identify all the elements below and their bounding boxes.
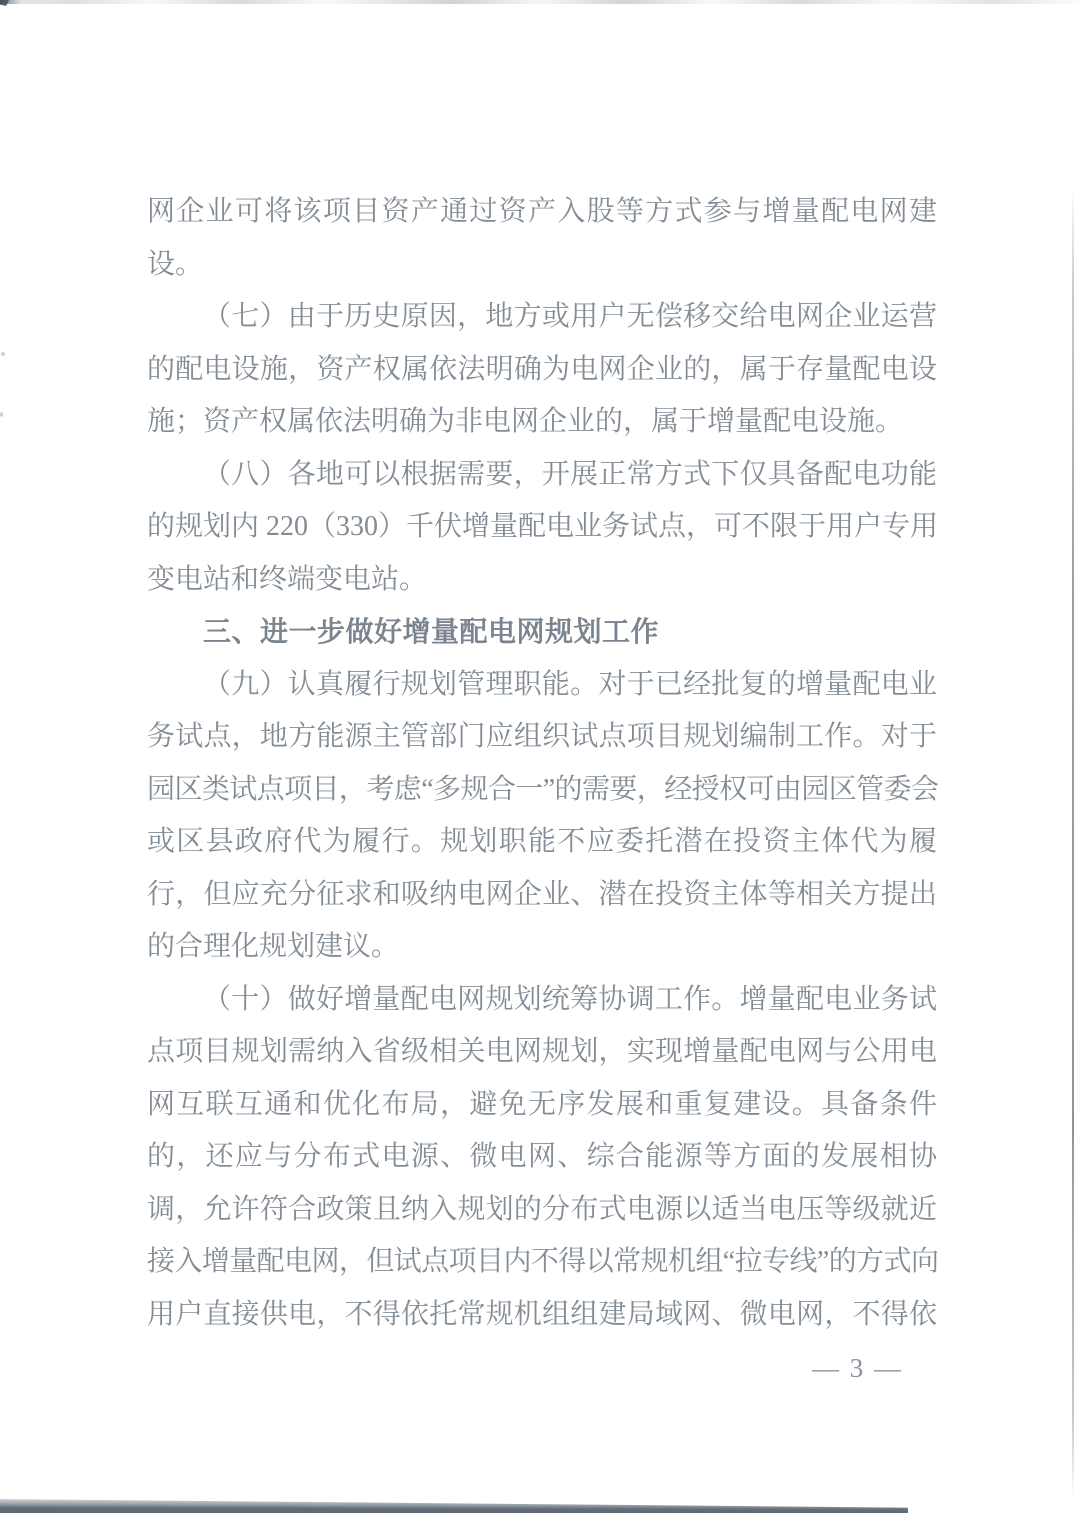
text-line: 接入增量配电网，但试点项目内不得以常规机组“拉专线”的方式向 <box>147 1236 937 1289</box>
text-line: 变电站和终端变电站。 <box>147 554 937 607</box>
scan-artifact-speck <box>0 412 3 417</box>
text-line: （十）做好增量配电网规划统筹协调工作。增量配电业务试 <box>147 974 937 1027</box>
text-line: 施；资产权属依法明确为非电网企业的，属于增量配电设施。 <box>147 396 937 449</box>
text-line: 设。 <box>147 239 937 292</box>
text-line: 的，还应与分布式电源、微电网、综合能源等方面的发展相协 <box>147 1131 937 1184</box>
scan-artifact-page-edge-line <box>1072 185 1074 1500</box>
text-line: 的配电设施，资产权属依法明确为电网企业的，属于存量配电设 <box>147 344 937 397</box>
text-line: （九）认真履行规划管理职能。对于已经批复的增量配电业 <box>147 659 937 712</box>
text-line: 网互联互通和优化布局，避免无序发展和重复建设。具备条件 <box>147 1079 937 1132</box>
page-number: — 3 — <box>147 1342 937 1395</box>
text-line: 点项目规划需纳入省级相关电网规划，实现增量配电网与公用电 <box>147 1026 937 1079</box>
section-heading: 三、进一步做好增量配电网规划工作 <box>147 606 937 659</box>
text-line: （七）由于历史原因，地方或用户无偿移交给电网企业运营 <box>147 291 937 344</box>
text-line: 务试点，地方能源主管部门应组织试点项目规划编制工作。对于 <box>147 711 937 764</box>
text-line: 的规划内 220（330）千伏增量配电业务试点，可不限于用户专用 <box>147 501 937 554</box>
text-line: 用户直接供电，不得依托常规机组组建局域网、微电网，不得依 <box>147 1289 937 1342</box>
scan-artifact-speck <box>1 352 5 356</box>
text-line: 调，允许符合政策且纳入规划的分布式电源以适当电压等级就近 <box>147 1184 937 1237</box>
text-line: 网企业可将该项目资产通过资产入股等方式参与增量配电网建 <box>147 186 937 239</box>
scan-artifact-bottom-strip <box>0 1499 908 1513</box>
text-line: 行，但应充分征求和吸纳电网企业、潜在投资主体等相关方提出 <box>147 869 937 922</box>
document-body: 网企业可将该项目资产通过资产入股等方式参与增量配电网建设。（七）由于历史原因，地… <box>147 186 937 1341</box>
text-line: 的合理化规划建议。 <box>147 921 937 974</box>
text-line: 园区类试点项目，考虑“多规合一”的需要，经授权可由园区管委会 <box>147 764 937 817</box>
scan-artifact-corner-mark <box>0 0 9 6</box>
document-page: 网企业可将该项目资产通过资产入股等方式参与增量配电网建设。（七）由于历史原因，地… <box>0 0 1080 1513</box>
scan-artifact-top-edge <box>0 0 1080 4</box>
text-line: 或区县政府代为履行。规划职能不应委托潜在投资主体代为履 <box>147 816 937 869</box>
text-line: （八）各地可以根据需要，开展正常方式下仅具备配电功能 <box>147 449 937 502</box>
